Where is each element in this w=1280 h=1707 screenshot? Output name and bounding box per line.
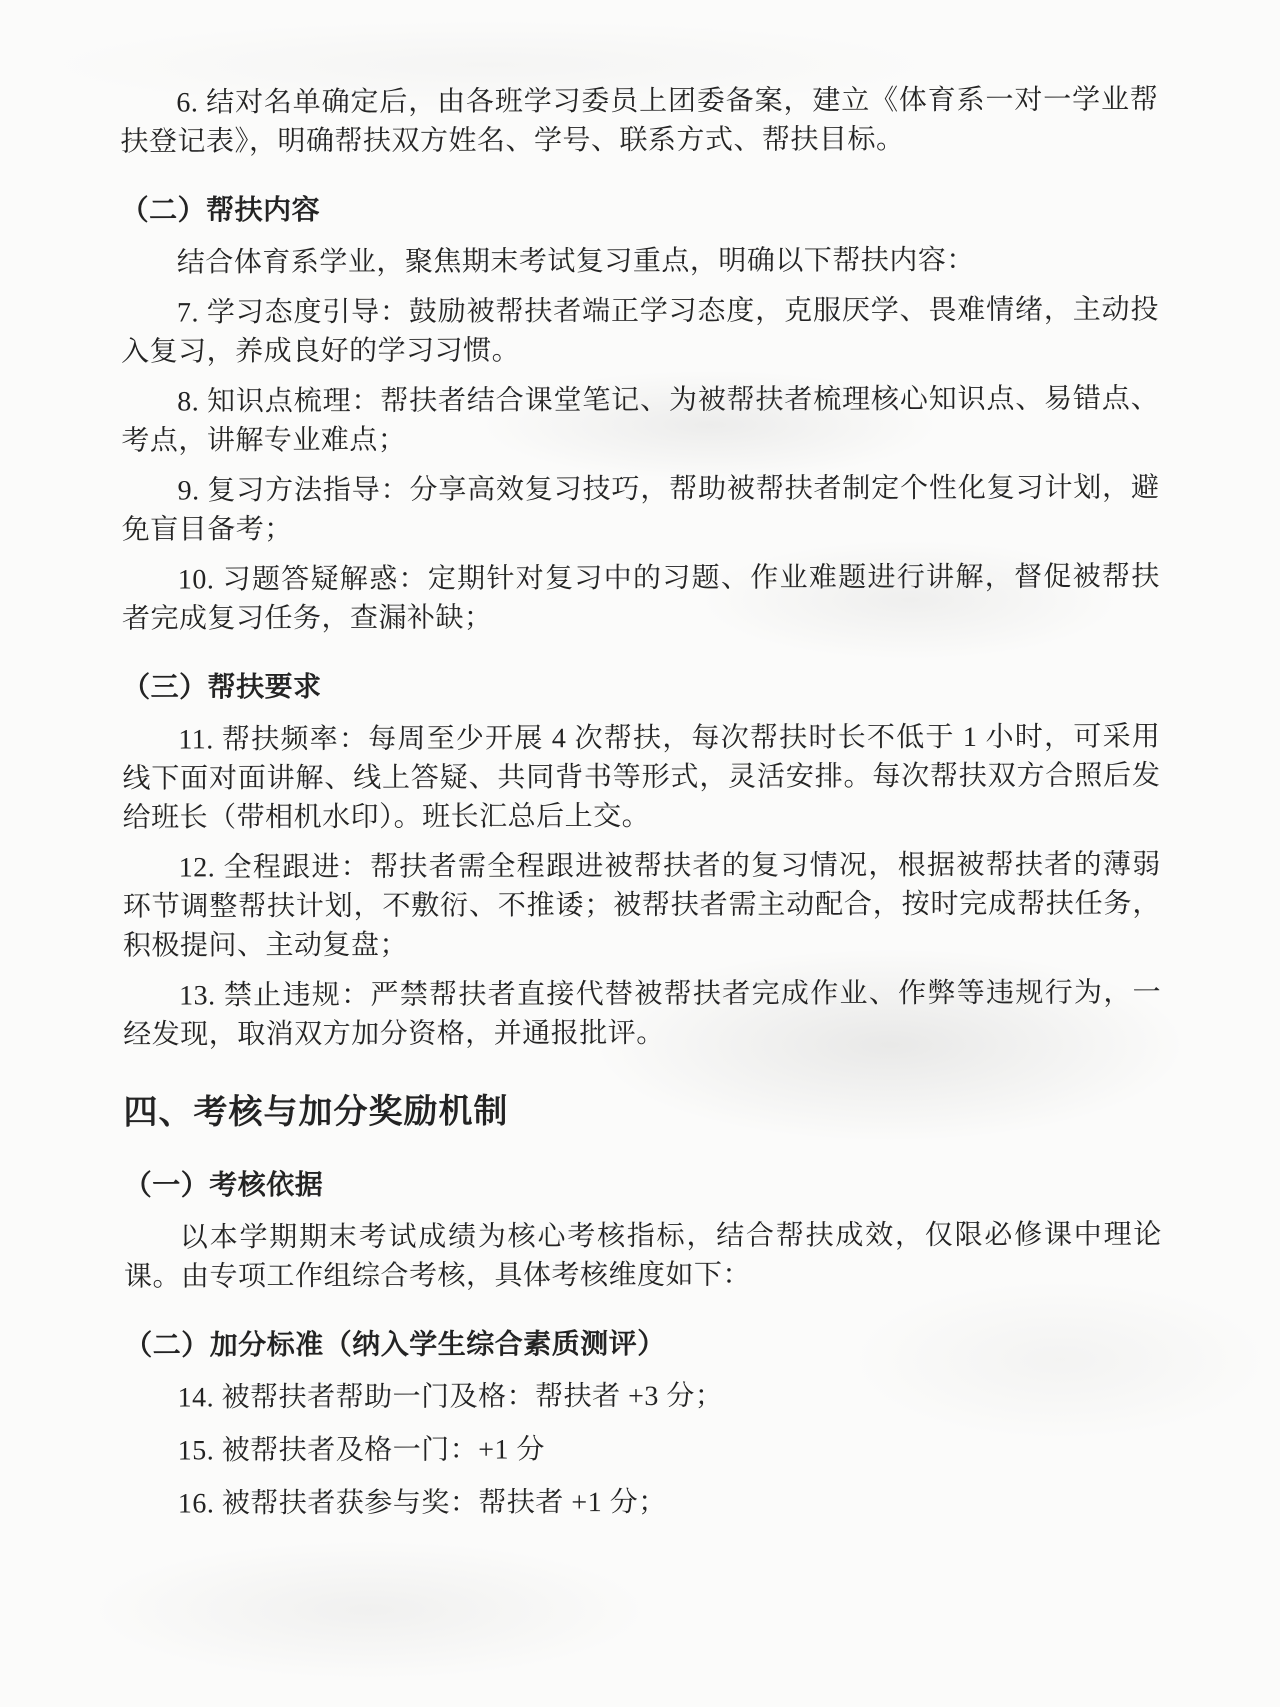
paragraph: 7. 学习态度引导：鼓励被帮扶者端正学习态度，克服厌学、畏难情绪，主动投入复习，… (121, 290, 1159, 371)
paragraph: 结合体育系学业，聚焦期末考试复习重点，明确以下帮扶内容： (121, 240, 1159, 282)
paragraph: 11. 帮扶频率：每周至少开展 4 次帮扶，每次帮扶时长不低于 1 小时，可采用… (122, 717, 1160, 837)
section-heading: （二）加分标准（纳入学生综合素质测评） (124, 1323, 1162, 1365)
paragraph: 12. 全程跟进：帮扶者需全程跟进被帮扶者的复习情况，根据被帮扶者的薄弱环节调整… (123, 845, 1161, 965)
section-heading: （二）帮扶内容 (121, 188, 1159, 230)
document-body: 6. 结对名单确定后，由各班学习委员上团委备案，建立《体育系一对一学业帮扶登记表… (0, 0, 1280, 1538)
chapter-heading: 四、考核与加分奖励机制 (123, 1087, 1161, 1136)
paragraph: 以本学期期末考试成绩为核心考核指标，结合帮扶成效，仅限必修课中理论课。由专项工作… (124, 1215, 1162, 1296)
section-heading: （一）考核依据 (124, 1163, 1162, 1205)
paragraph: 6. 结对名单确定后，由各班学习委员上团委备案，建立《体育系一对一学业帮扶登记表… (120, 80, 1158, 161)
list-item: 14. 被帮扶者帮助一门及格：帮扶者 +3 分； (124, 1375, 1162, 1417)
scan-noise-blob (90, 1540, 650, 1680)
paragraph: 9. 复习方法指导：分享高效复习技巧，帮助被帮扶者制定个性化复习计划，避免盲目备… (121, 468, 1159, 549)
section-heading: （三）帮扶要求 (122, 665, 1160, 707)
list-item: 16. 被帮扶者获参与奖：帮扶者 +1 分； (125, 1481, 1163, 1523)
paragraph: 13. 禁止违规：严禁帮扶者直接代替被帮扶者完成作业、作弊等违规行为，一经发现，… (123, 973, 1161, 1054)
paragraph: 8. 知识点梳理：帮扶者结合课堂笔记、为被帮扶者梳理核心知识点、易错点、考点，讲… (121, 379, 1159, 460)
list-item: 15. 被帮扶者及格一门：+1 分 (124, 1428, 1162, 1470)
document-page: 6. 结对名单确定后，由各班学习委员上团委备案，建立《体育系一对一学业帮扶登记表… (0, 0, 1280, 1707)
paragraph: 10. 习题答疑解惑：定期针对复习中的习题、作业难题进行讲解，督促被帮扶者完成复… (122, 557, 1160, 638)
